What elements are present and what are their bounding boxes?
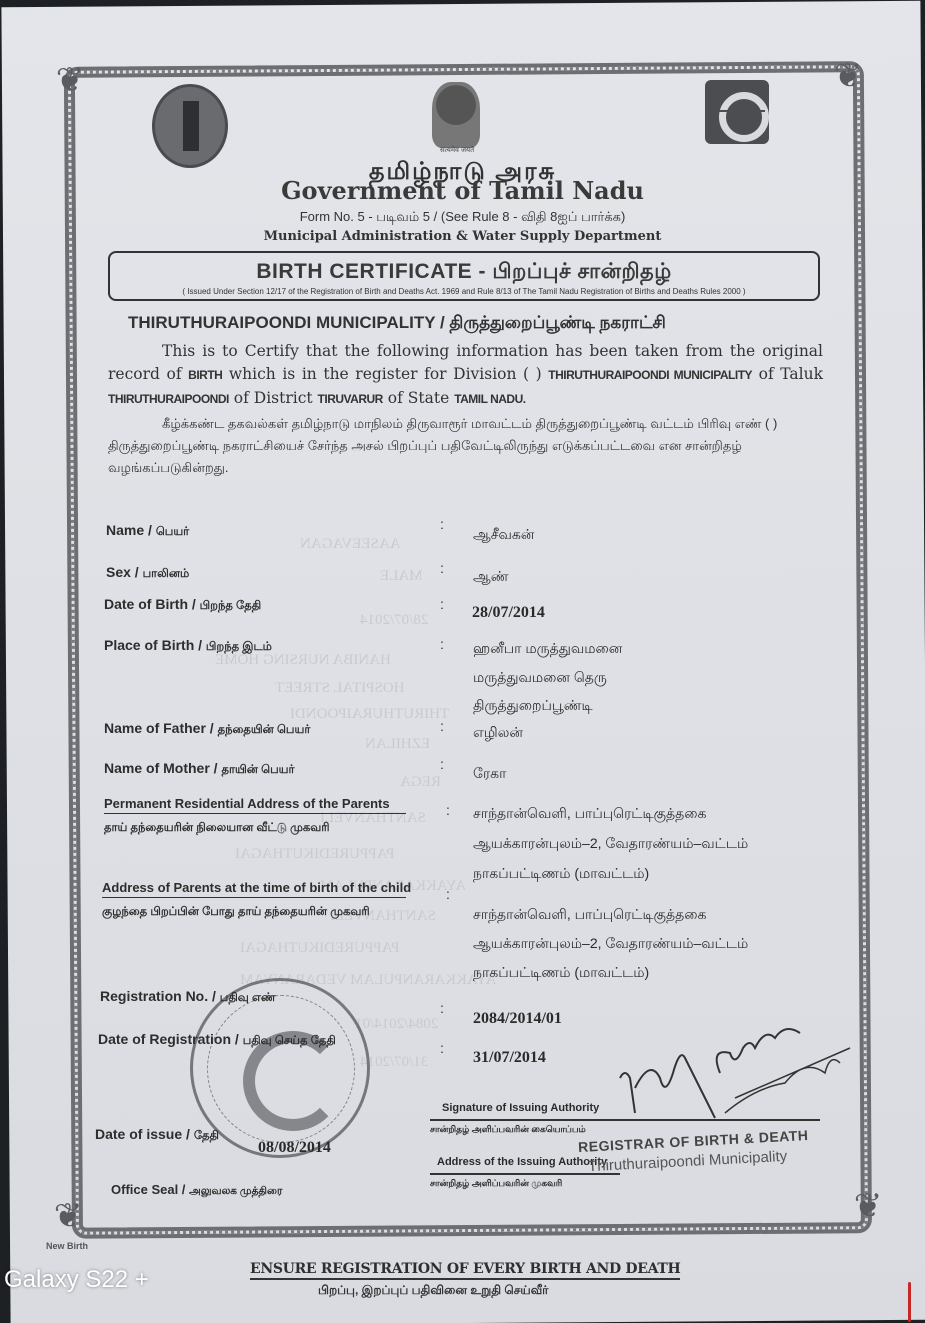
form-number: Form No. 5 - படிவம் 5 / (See Rule 8 - வி… — [0, 209, 925, 226]
state: TAMIL NADU. — [454, 392, 525, 406]
birth-address-label-ta: குழந்தை பிறப்பின் போது தாய் தந்தையரின் ம… — [102, 906, 370, 920]
ensure-registration-slogan: ENSURE REGISTRATION OF EVERY BIRTH AND D… — [250, 1261, 680, 1280]
ghost-text: 28/07/2014 — [360, 612, 428, 629]
ghost-text: MALE — [380, 568, 423, 585]
india-emblem-icon — [432, 82, 480, 148]
birth-address-label: Address of Parents at the time of birth … — [102, 880, 406, 898]
colon: : — [440, 756, 444, 772]
signature-scribble-icon — [615, 1018, 855, 1128]
signature-label-ta: சான்றிதழ் அளிப்பவரின் கையொப்பம் — [430, 1124, 586, 1136]
border-corner-ornament-icon: ❦ — [828, 56, 868, 96]
ghost-text: PAPPUREDIKUTHAGAI — [235, 846, 394, 863]
mother-name-label: Name of Mother / தாயின் பெயர் — [104, 760, 295, 778]
ghost-text: HOSPITAL STREET — [275, 680, 405, 697]
form-tag: New Birth — [46, 1241, 88, 1251]
taluk: THIRUTHURAIPOONDI — [108, 392, 229, 406]
name-value: ஆசீவகன் — [473, 526, 534, 545]
red-pen-mark — [908, 1282, 911, 1322]
ghost-text: 2084/2014/01 — [355, 1016, 438, 1033]
birth-address-line-3: நாகப்பட்டிணம் (மாவட்டம்) — [473, 964, 649, 983]
record-type: BIRTH — [188, 368, 222, 382]
ghost-text: PAPPUREDIKUTHAGAI — [240, 940, 399, 957]
tamil-nadu-emblem-icon — [152, 84, 228, 168]
colon: : — [440, 718, 444, 734]
emblem-motto: सत्यमेव जयते — [440, 146, 474, 155]
sex-value: ஆண் — [473, 568, 509, 587]
father-name-value: எழிலன் — [473, 724, 523, 743]
district: TIRUVARUR — [318, 392, 383, 406]
place-of-birth-line-3: திருத்துறைப்பூண்டி — [473, 697, 593, 716]
issue-date-value: 08/08/2014 — [258, 1139, 331, 1157]
certificate-legal-reference: ( Issued Under Section 12/17 of the Regi… — [108, 287, 820, 296]
address-label: Address of the Issuing Authority — [437, 1156, 607, 1168]
local-area: THIRUTHURAIPOONDI MUNICIPALITY — [548, 368, 752, 382]
colon: : — [446, 802, 450, 818]
colon: : — [440, 560, 444, 576]
registration-number-label: Registration No. / பதிவு எண் — [100, 988, 276, 1006]
ghost-text: 31/07/2014 — [360, 1054, 428, 1071]
office-seal-label: Office Seal / அலுவலக முத்திரை — [111, 1182, 282, 1198]
ghost-text: EZHILAN — [365, 736, 430, 753]
permanent-address-label: Permanent Residential Address of the Par… — [104, 796, 406, 814]
ghost-text: REGA — [400, 774, 441, 791]
dob-value: 28/07/2014 — [472, 604, 545, 622]
colon: : — [446, 886, 450, 902]
name-label: Name / பெயர் — [106, 522, 189, 540]
address-label-ta: சான்றிதழ் அளிப்பவரின் முகவரி — [430, 1178, 562, 1190]
municipality-logo-icon — [705, 80, 769, 144]
permanent-address-line-3: நாகப்பட்டிணம் (மாவட்டம்) — [473, 865, 649, 884]
ghost-text: AASEEVAGAN — [300, 536, 401, 553]
issue-date-label: Date of issue / தேதி — [95, 1126, 219, 1144]
permanent-address-line-1: சாந்தான்வெளி, பாப்புரெட்டிகுத்தகை — [473, 805, 706, 824]
tamil-certification-statement: கீழ்க்கண்ட தகவல்கள் தமிழ்நாடு மாநிலம் தி… — [108, 413, 826, 479]
colon: : — [440, 1000, 444, 1016]
border-corner-ornament-icon: ❦ — [848, 1186, 888, 1226]
place-of-birth-line-1: ஹனீபா மருத்துவமனை — [473, 640, 622, 659]
registration-date-label: Date of Registration / பதிவு செய்த தேதி — [98, 1031, 336, 1049]
colon: : — [440, 636, 444, 652]
signature-label: Signature of Issuing Authority — [442, 1102, 599, 1114]
ensure-registration-slogan-ta: பிறப்பு, இறப்புப் பதிவினை உறுதி செய்வீர் — [318, 1283, 548, 1299]
dob-label: Date of Birth / பிறந்த தேதி — [104, 596, 261, 614]
colon: : — [440, 1040, 444, 1056]
birth-address-line-1: சாந்தான்வெளி, பாப்புரெட்டிகுத்தகை — [473, 906, 706, 925]
camera-watermark: Galaxy S22 + — [4, 1266, 149, 1294]
place-of-birth-label: Place of Birth / பிறந்த இடம் — [104, 637, 272, 655]
sex-label: Sex / பாலினம் — [106, 564, 189, 582]
registration-number-value: 2084/2014/01 — [473, 1010, 562, 1028]
permanent-address-label-ta: தாய் தந்தையரின் நிலையான வீட்டு முகவரி — [104, 822, 329, 836]
father-name-label: Name of Father / தந்தையின் பெயர் — [104, 720, 310, 738]
birth-address-line-2: ஆயக்காரன்புலம்–2, வேதாரண்யம்–வட்டம் — [473, 935, 748, 954]
colon: : — [440, 516, 444, 532]
mother-name-value: ரேகா — [473, 765, 506, 784]
border-corner-ornament-icon: ❦ — [50, 60, 90, 100]
registration-date-value: 31/07/2014 — [473, 1049, 546, 1067]
certificate-title: BIRTH CERTIFICATE - பிறப்புச் சான்றிதழ் — [108, 260, 820, 286]
border-corner-ornament-icon: ❦ — [48, 1196, 88, 1236]
ghost-text: THIRUTHURAIPOONDI — [290, 706, 449, 723]
colon: : — [440, 596, 444, 612]
place-of-birth-line-2: மருத்துவமனை தெரு — [473, 669, 607, 688]
government-title: Government of Tamil Nadu — [0, 176, 925, 205]
department-name: Municipal Administration & Water Supply … — [0, 229, 925, 244]
certification-statement: This is to Certify that the following in… — [108, 340, 823, 411]
municipality-name: THIRUTHURAIPOONDI MUNICIPALITY / திருத்த… — [128, 313, 666, 335]
permanent-address-line-2: ஆயக்காரன்புலம்–2, வேதாரண்யம்–வட்டம் — [473, 835, 748, 854]
